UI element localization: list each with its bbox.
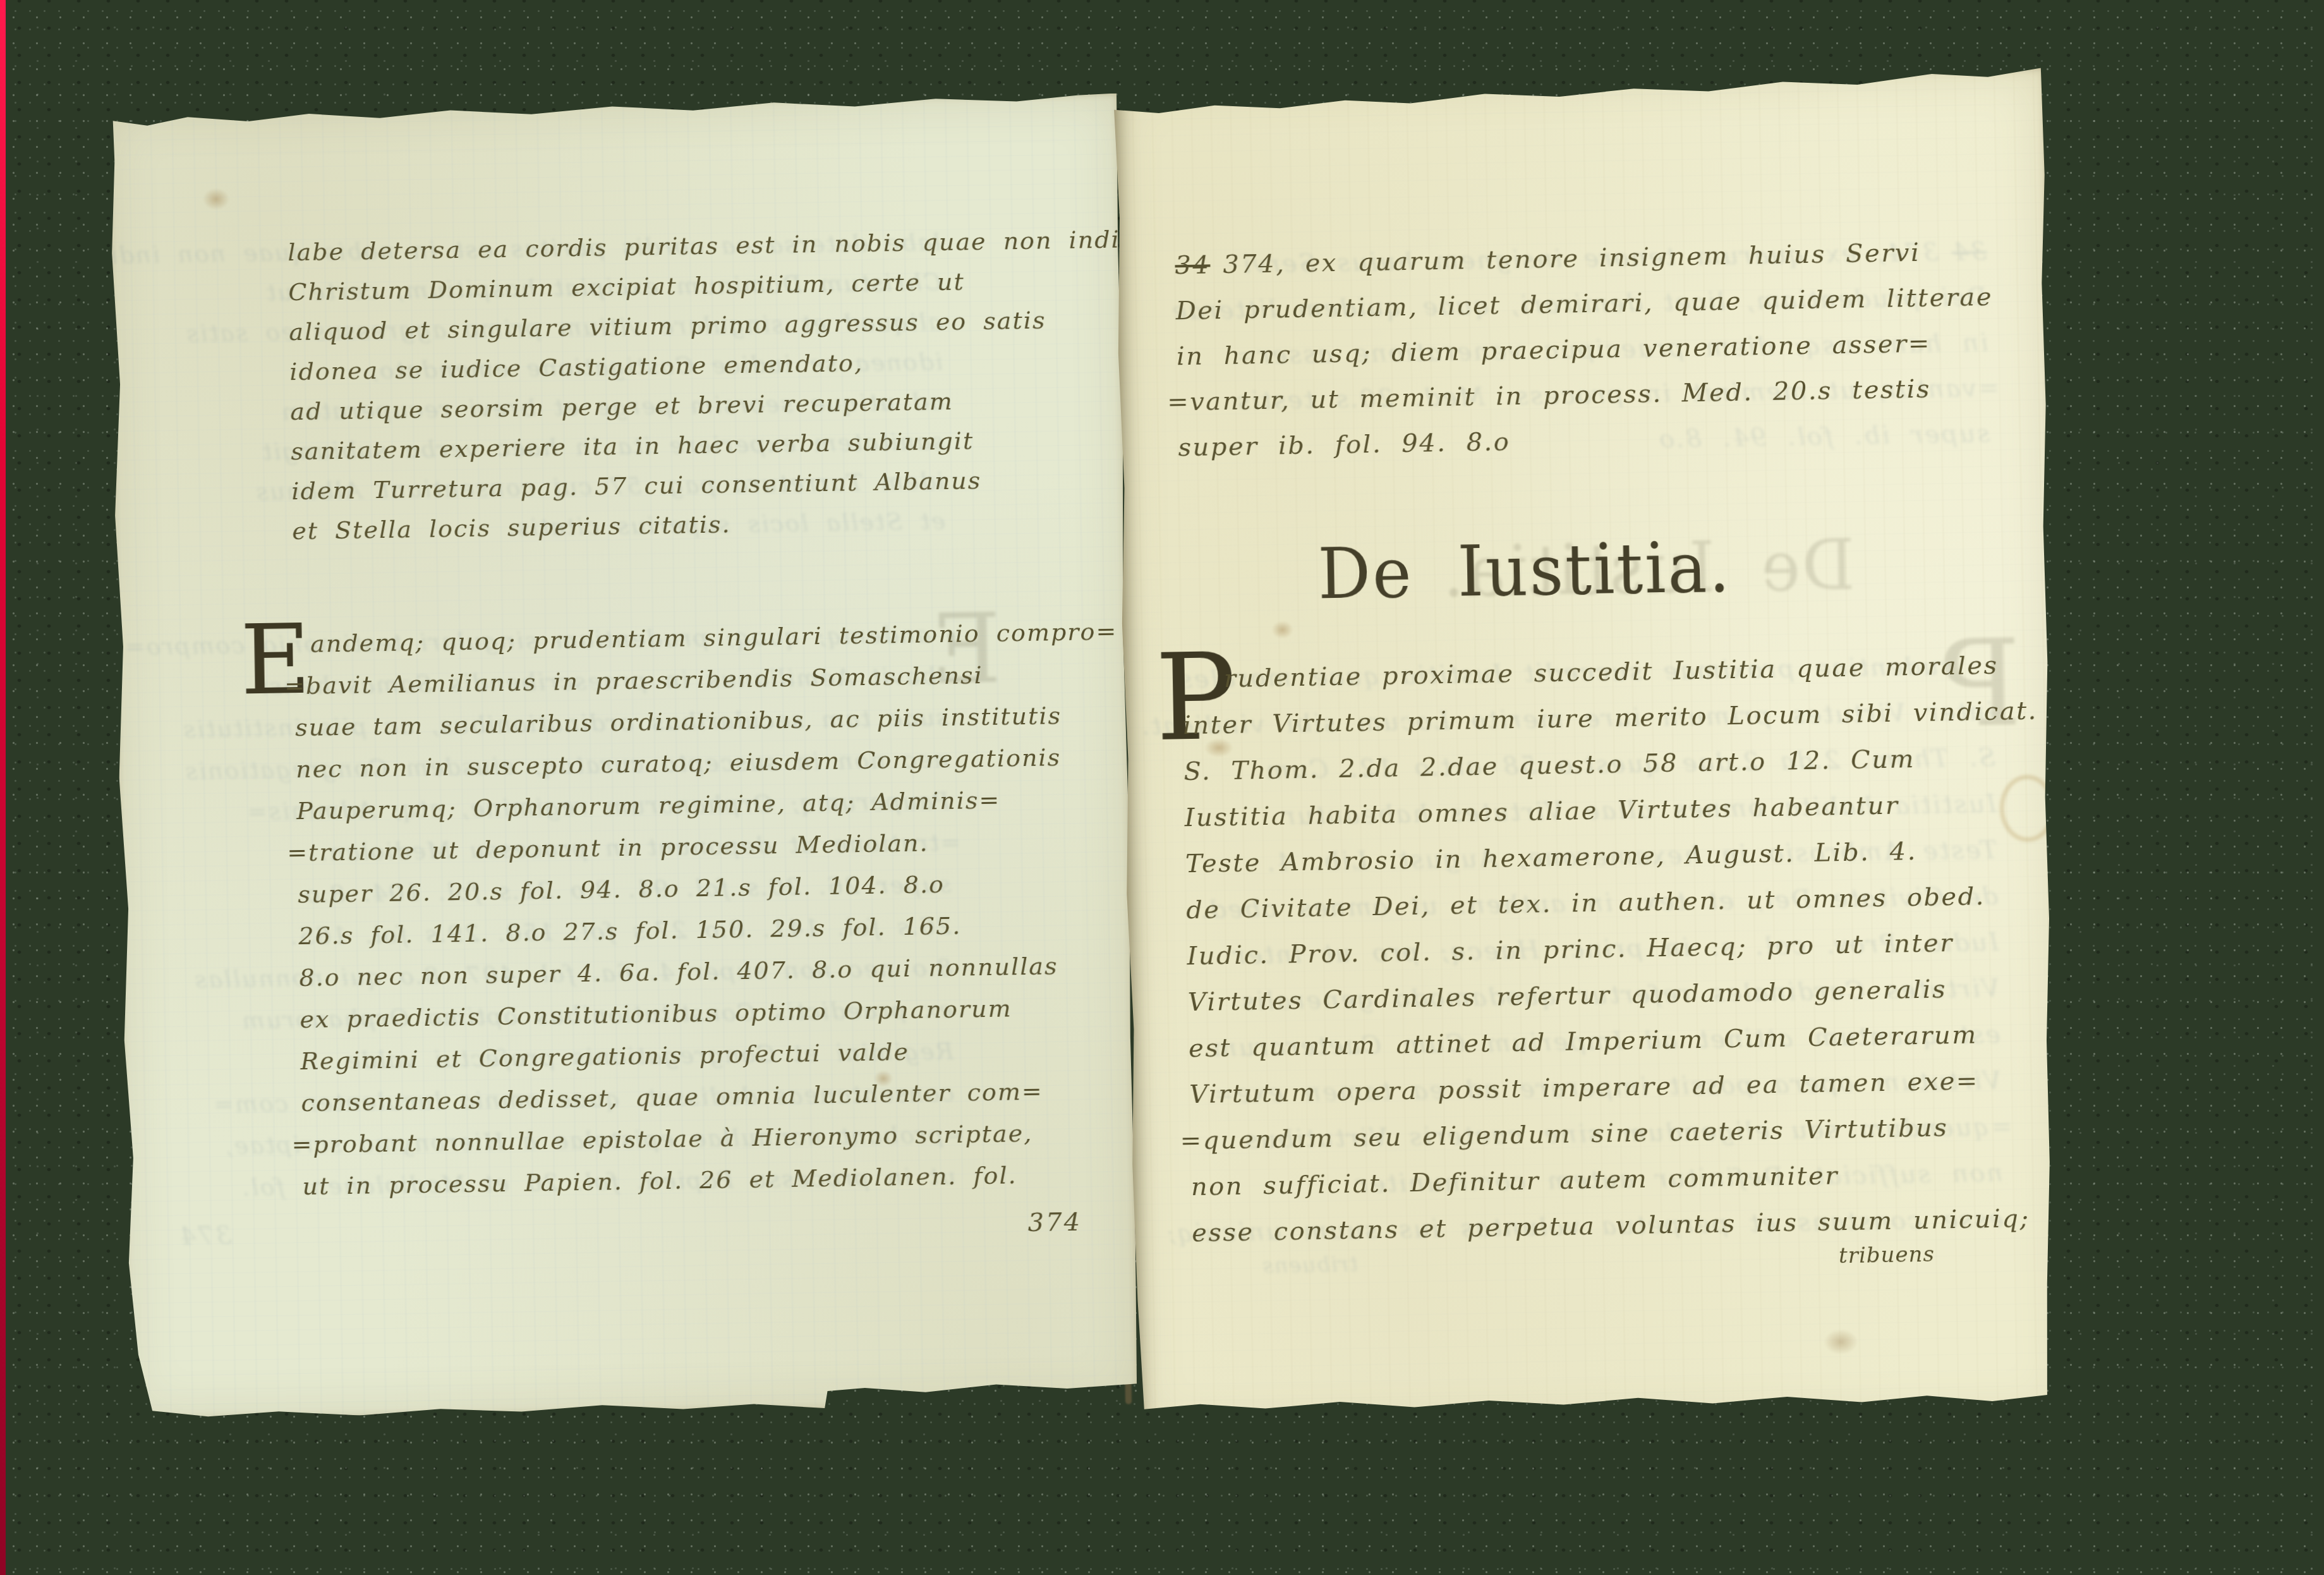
left-paragraph-2: andemq; quoq; prudentiam singulari testi… bbox=[294, 611, 1127, 1207]
left-page: labe detersa ea cordis puritas est in no… bbox=[107, 94, 1138, 1421]
right-opening-paragraph: 34374, ex quarum tenore insignem huius S… bbox=[1175, 229, 1995, 471]
right-main-paragraph: rudentiae proximae succedit Iustitia qua… bbox=[1182, 642, 2047, 1256]
right-page: 34374, ex quarum tenore insignem huius S… bbox=[1111, 66, 2067, 1435]
scan-background: labe detersa ea cordis puritas est in no… bbox=[0, 0, 2324, 1575]
folio-number-and-text: 374, ex quarum tenore insignem huius Ser… bbox=[1223, 238, 1921, 279]
page-number: 374 bbox=[1027, 1208, 1082, 1237]
scan-edge-stripe bbox=[0, 0, 6, 1575]
left-paragraph-1: labe detersa ea cordis puritas est in no… bbox=[287, 219, 1173, 551]
struck-folio-number: 34 bbox=[1175, 250, 1211, 280]
left-page-surface: labe detersa ea cordis puritas est in no… bbox=[107, 94, 1138, 1421]
right-page-text: 34374, ex quarum tenore insignem huius S… bbox=[1111, 66, 2067, 1435]
chapter-heading: De Iustitia. bbox=[1227, 525, 1822, 617]
catchword: tribuens bbox=[1839, 1242, 1935, 1269]
right-page-surface: 34374, ex quarum tenore insignem huius S… bbox=[1111, 66, 2067, 1435]
left-page-text: labe detersa ea cordis puritas est in no… bbox=[107, 94, 1138, 1421]
